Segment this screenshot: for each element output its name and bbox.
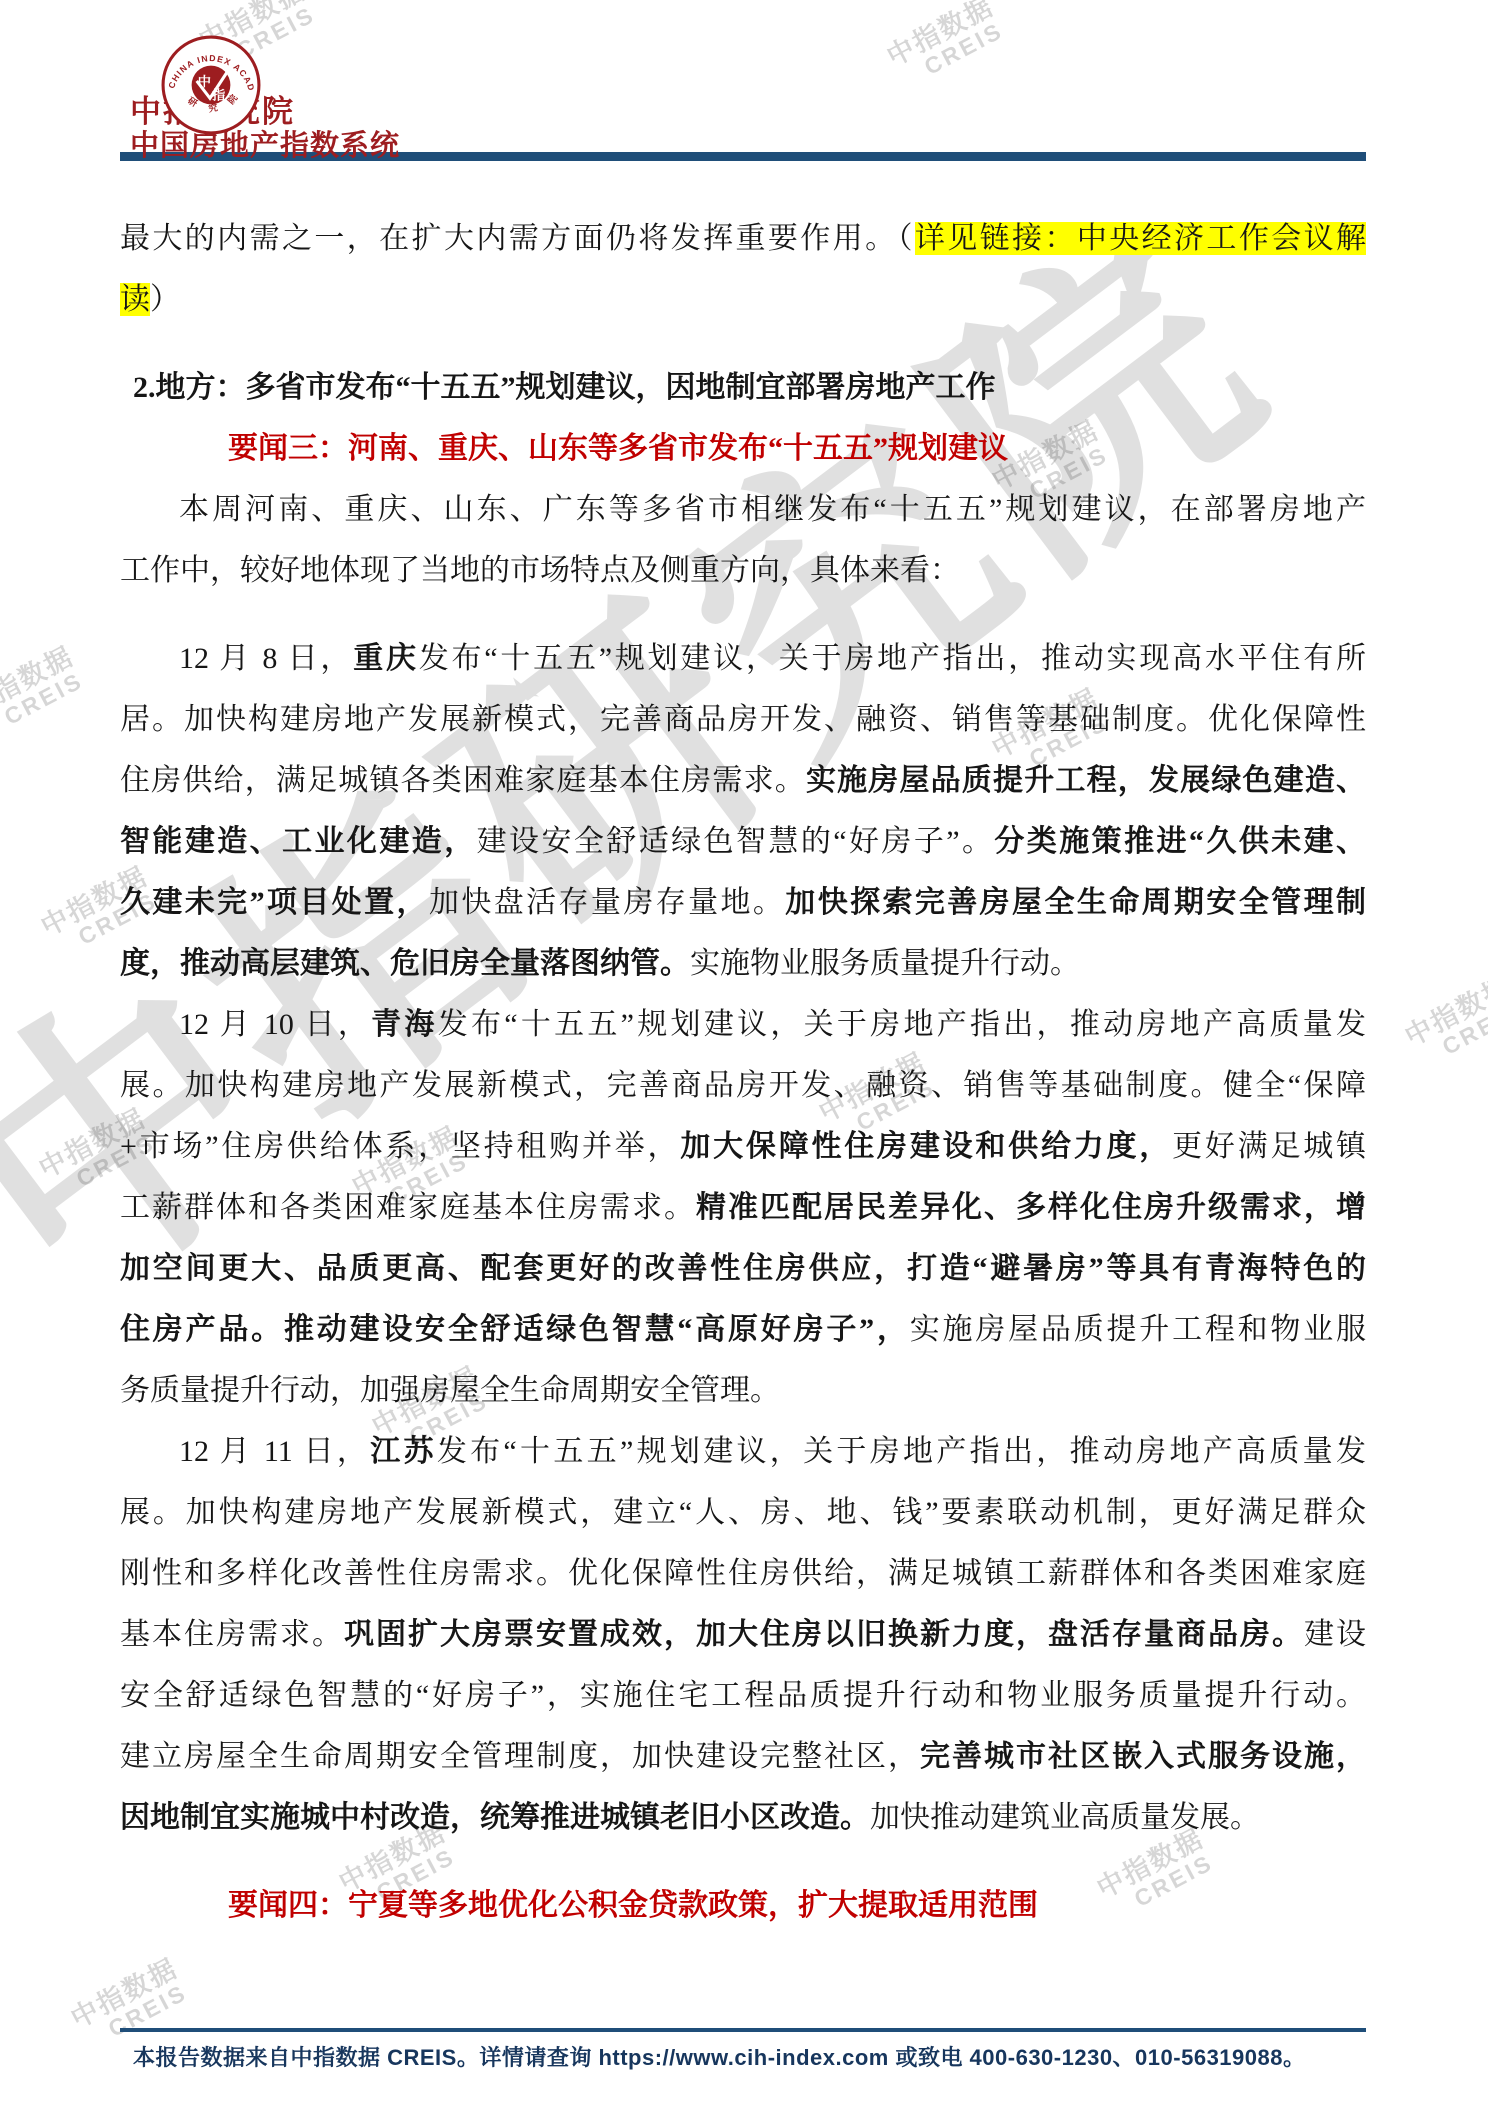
- text-run: 务质量提升行动，加强房屋全生命周期安全管理。: [120, 1374, 780, 1407]
- text-line: 住房供给，满足城镇各类困难家庭基本住房需求。实施房屋品质提升工程，发展绿色建造、: [120, 750, 1366, 811]
- text-run: 巩固扩大房票安置成效，加大住房以旧换新力度，盘活存量商品房。: [344, 1618, 1304, 1651]
- seal-char-zhong: 中: [198, 73, 211, 89]
- text-line: 读）: [120, 269, 1366, 330]
- text-line: +市场”住房供给体系，坚持租购并举，加大保障性住房建设和供给力度，更好满足城镇: [120, 1116, 1366, 1177]
- text-run: 分类施策推进“久供未建、: [994, 825, 1366, 858]
- highlighted-link[interactable]: 详见链接：中央经济工作会议解: [915, 222, 1366, 255]
- text-run: 基本住房需求。: [120, 1618, 344, 1651]
- text-line: 展。加快构建房地产发展新模式，建立“人、房、地、钱”要素联动机制，更好满足群众: [120, 1482, 1366, 1543]
- text-run: 发布“十五五”规划建议，关于房地产指出，推动实现高水平住有所: [419, 642, 1366, 675]
- footer-rule: [120, 2028, 1366, 2032]
- text-run: 实施房屋品质提升工程，发展绿色建造、: [806, 764, 1366, 797]
- text-line: 智能建造、工业化建造，建设安全舒适绿色智慧的“好房子”。分类施策推进“久供未建、: [120, 811, 1366, 872]
- text-line: 12 月 11 日，江苏发布“十五五”规划建议，关于房地产指出，推动房地产高质量…: [120, 1421, 1366, 1482]
- text-run: 加快探索完善房屋全生命周期安全管理制: [785, 886, 1366, 919]
- text-run: +市场”住房供给体系，坚持租购并举，: [120, 1130, 680, 1163]
- text-run: 2.地方：多省市发布“十五五”规划建议，因地制宜部署房地产工作: [133, 371, 996, 404]
- text-run: 完善城市社区嵌入式服务设施，: [920, 1740, 1366, 1773]
- text-line: 本周河南、重庆、山东、广东等多省市相继发布“十五五”规划建议，在部署房地产: [120, 479, 1366, 540]
- section-heading-local: 2.地方：多省市发布“十五五”规划建议，因地制宜部署房地产工作: [120, 357, 1366, 418]
- text-line: 务质量提升行动，加强房屋全生命周期安全管理。: [120, 1360, 1366, 1421]
- text-run: 建立房屋全生命周期安全管理制度，加快建设完整社区，: [120, 1740, 920, 1773]
- text-run: 工薪群体和各类困难家庭基本住房需求。: [120, 1191, 696, 1224]
- watermark-stamp: 中指数据CREIS: [882, 0, 1009, 93]
- text-line: 12 月 10 日，青海发布“十五五”规划建议，关于房地产指出，推动房地产高质量…: [120, 994, 1366, 1055]
- text-run: 度，推动高层建筑、危旧房全量落图纳管。: [120, 947, 690, 980]
- text-run: 要闻三：河南、重庆、山东等多省市发布“十五五”规划建议: [228, 432, 1008, 465]
- text-run: 加快推动建筑业高质量发展。: [870, 1801, 1260, 1834]
- document-body: 最大的内需之一，在扩大内需方面仍将发挥重要作用。（详见链接：中央经济工作会议解读…: [120, 208, 1366, 1936]
- report-page: 中指研究院 中指数据CREIS中指数据CREIS中指数据CREIS中指数据CRE…: [0, 0, 1488, 2104]
- text-run: 12 月 8 日，: [179, 642, 353, 675]
- text-line: 最大的内需之一，在扩大内需方面仍将发挥重要作用。（详见链接：中央经济工作会议解: [120, 208, 1366, 269]
- text-run: 加快盘活存量房存量地。: [429, 886, 785, 919]
- text-line: 展。加快构建房地产发展新模式，完善商品房开发、融资、销售等基础制度。健全“保障: [120, 1055, 1366, 1116]
- text-line: 建立房屋全生命周期安全管理制度，加快建设完整社区，完善城市社区嵌入式服务设施，: [120, 1726, 1366, 1787]
- text-run: 住房供给，满足城镇各类困难家庭基本住房需求。: [120, 764, 806, 797]
- text-run: 江苏: [370, 1435, 437, 1468]
- text-run: 建设安全舒适绿色智慧的“好房子”。: [477, 825, 995, 858]
- text-line: 12 月 8 日，重庆发布“十五五”规划建议，关于房地产指出，推动实现高水平住有…: [120, 628, 1366, 689]
- text-line: 住房产品。推动建设安全舒适绿色智慧“高原好房子”，实施房屋品质提升工程和物业服: [120, 1299, 1366, 1360]
- text-run: 安全舒适绿色智慧的“好房子”，实施住宅工程品质提升行动和物业服务质量提升行动。: [120, 1679, 1366, 1712]
- news-heading-3: 要闻三：河南、重庆、山东等多省市发布“十五五”规划建议: [120, 418, 1366, 479]
- seal-char-zhi: 指: [211, 86, 225, 102]
- text-line: 工作中，较好地体现了当地的市场特点及侧重方向，具体来看：: [120, 540, 1366, 601]
- text-run: 更好满足城镇: [1172, 1130, 1366, 1163]
- text-line: 2.地方：多省市发布“十五五”规划建议，因地制宜部署房地产工作: [120, 357, 1366, 418]
- text-line: 刚性和多样化改善性住房需求。优化保障性住房供给，满足城镇工薪群体和各类困难家庭: [120, 1543, 1366, 1604]
- text-line: 久建未完”项目处置，加快盘活存量房存量地。加快探索完善房屋全生命周期安全管理制: [120, 872, 1366, 933]
- text-run: 要闻四：宁夏等多地优化公积金贷款政策，扩大提取适用范围: [228, 1889, 1038, 1922]
- news-heading-4: 要闻四：宁夏等多地优化公积金贷款政策，扩大提取适用范围: [120, 1875, 1366, 1936]
- watermark-stamp: 中指数据CREIS: [1400, 972, 1488, 1073]
- text-line: 因地制宜实施城中村改造，统筹推进城镇老旧小区改造。加快推动建筑业高质量发展。: [120, 1787, 1366, 1848]
- text-run: 实施房屋品质提升工程和物业服: [910, 1313, 1366, 1346]
- text-line: 要闻三：河南、重庆、山东等多省市发布“十五五”规划建议: [120, 418, 1366, 479]
- text-run: 加大保障性住房建设和供给力度，: [680, 1130, 1172, 1163]
- text-line: 要闻四：宁夏等多地优化公积金贷款政策，扩大提取适用范围: [120, 1875, 1366, 1936]
- text-run: 智能建造、工业化建造，: [120, 825, 477, 858]
- text-run: 刚性和多样化改善性住房需求。优化保障性住房供给，满足城镇工薪群体和各类困难家庭: [120, 1557, 1366, 1590]
- footer-text: 本报告数据来自中指数据 CREIS。详情请查询 https://www.cih-…: [133, 2041, 1305, 2072]
- text-run: 工作中，较好地体现了当地的市场特点及侧重方向，具体来看：: [120, 554, 960, 587]
- text-run: 精准匹配居民差异化、多样化住房升级需求，增: [696, 1191, 1366, 1224]
- text-run: 最大的内需之一，在扩大内需方面仍将发挥重要作用。（: [120, 222, 915, 255]
- text-line: 基本住房需求。巩固扩大房票安置成效，加大住房以旧换新力度，盘活存量商品房。建设: [120, 1604, 1366, 1665]
- paragraph-chongqing: 12 月 8 日，重庆发布“十五五”规划建议，关于房地产指出，推动实现高水平住有…: [120, 628, 1366, 994]
- text-run: 因地制宜实施城中村改造，统筹推进城镇老旧小区改造。: [120, 1801, 870, 1834]
- academy-seal-logo: CHINA INDEX ACADEMY 研 究 院 中 指: [160, 34, 262, 136]
- watermark-stamp: 中指数据CREIS: [0, 642, 90, 743]
- text-run: 重庆: [353, 642, 419, 675]
- text-line: 度，推动高层建筑、危旧房全量落图纳管。实施物业服务质量提升行动。: [120, 933, 1366, 994]
- text-run: 本周河南、重庆、山东、广东等多省市相继发布“十五五”规划建议，在部署房地产: [179, 493, 1366, 526]
- text-line: 居。加快构建房地产发展新模式，完善商品房开发、融资、销售等基础制度。优化保障性: [120, 689, 1366, 750]
- paragraph-qinghai: 12 月 10 日，青海发布“十五五”规划建议，关于房地产指出，推动房地产高质量…: [120, 994, 1366, 1421]
- text-run: 青海: [371, 1008, 438, 1041]
- text-run: 建设: [1304, 1618, 1366, 1651]
- text-line: 工薪群体和各类困难家庭基本住房需求。精准匹配居民差异化、多样化住房升级需求，增: [120, 1177, 1366, 1238]
- text-run: 久建未完”项目处置，: [120, 886, 429, 919]
- text-run: 加空间更大、品质更高、配套更好的改善性住房供应，打造“避暑房”等具有青海特色的: [120, 1252, 1366, 1285]
- text-line: 加空间更大、品质更高、配套更好的改善性住房供应，打造“避暑房”等具有青海特色的: [120, 1238, 1366, 1299]
- text-run: 12 月 10 日，: [179, 1008, 371, 1041]
- text-run: 实施物业服务质量提升行动。: [690, 947, 1080, 980]
- text-run: 发布“十五五”规划建议，关于房地产指出，推动房地产高质量发: [438, 1008, 1366, 1041]
- paragraph-overview: 本周河南、重庆、山东、广东等多省市相继发布“十五五”规划建议，在部署房地产工作中…: [120, 479, 1366, 601]
- text-run: 居。加快构建房地产发展新模式，完善商品房开发、融资、销售等基础制度。优化保障性: [120, 703, 1366, 736]
- text-run: 展。加快构建房地产发展新模式，完善商品房开发、融资、销售等基础制度。健全“保障: [120, 1069, 1366, 1102]
- text-run: 发布“十五五”规划建议，关于房地产指出，推动房地产高质量发: [437, 1435, 1366, 1468]
- text-run: ）: [150, 283, 180, 316]
- paragraph-jiangsu: 12 月 11 日，江苏发布“十五五”规划建议，关于房地产指出，推动房地产高质量…: [120, 1421, 1366, 1848]
- text-run: 住房产品。推动建设安全舒适绿色智慧“高原好房子”，: [120, 1313, 910, 1346]
- text-run: 12 月 11 日，: [179, 1435, 370, 1468]
- text-line: 安全舒适绿色智慧的“好房子”，实施住宅工程品质提升行动和物业服务质量提升行动。: [120, 1665, 1366, 1726]
- text-run: 展。加快构建房地产发展新模式，建立“人、房、地、钱”要素联动机制，更好满足群众: [120, 1496, 1366, 1529]
- watermark-stamp: 中指数据CREIS: [66, 1954, 193, 2055]
- highlighted-link[interactable]: 读: [120, 283, 150, 316]
- paragraph-intro: 最大的内需之一，在扩大内需方面仍将发挥重要作用。（详见链接：中央经济工作会议解读…: [120, 208, 1366, 330]
